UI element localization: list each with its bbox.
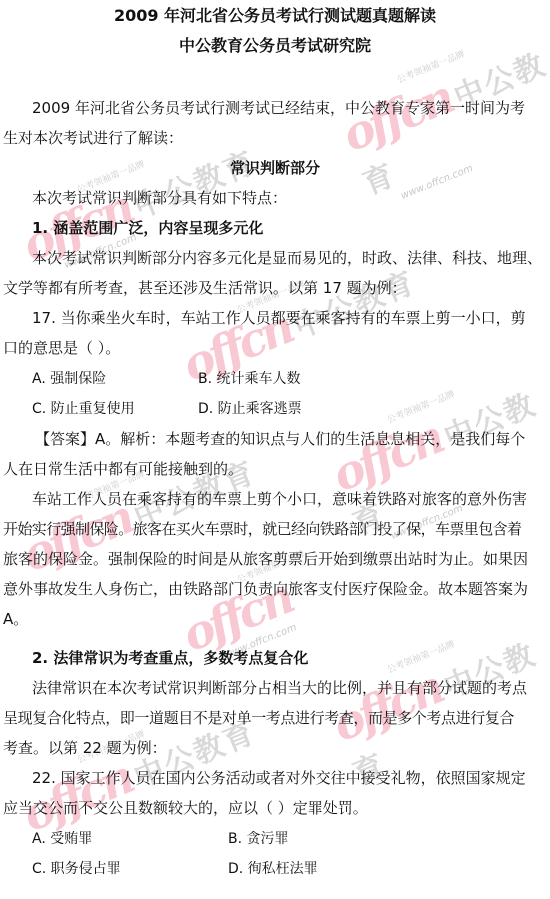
q17-answer-line: 人在日常生活中都有可能接触到的。 — [3, 459, 243, 479]
section-intro: 本次考试常识判断部分具有如下特点： — [32, 188, 287, 208]
point1-heading: 1. 涵盖范围广泛，内容呈现多元化 — [32, 218, 263, 238]
watermark-slogan: 公考领袖第一品牌 — [385, 354, 538, 426]
intro-line: 2009 年河北省公务员考试行测考试已经结束，中公教育专家第一时间为考 — [32, 98, 525, 118]
document-subtitle: 中公教育公务员考试研究院 — [0, 36, 550, 56]
question-22-line: 应当交公而不交公且数额较大的，应以（ ）定罪处罚。 — [3, 798, 368, 818]
document-page: 公考领袖第一品牌 offcn 中公教育 www.offcn.com 公考领袖第一… — [0, 0, 550, 899]
document-title: 2009 年河北省公务员考试行测试题真题解读 — [0, 6, 550, 26]
q22-option-c: C. 职务侵占罪 — [32, 859, 121, 879]
question-17-line: 口的意思是（ ）。 — [3, 338, 120, 358]
q22-option-b: B. 贪污罪 — [228, 829, 289, 849]
point2-paragraph-line: 考查。以第 22 题为例： — [3, 738, 167, 758]
question-22-line: 22. 国家工作人员在国内公务活动或者对外交往中接受礼物，依照国家规定 — [32, 768, 526, 788]
q22-option-a: A. 受贿罪 — [32, 829, 92, 849]
q17-option-a: A. 强制保险 — [32, 369, 106, 389]
q17-explanation-line: 车站工作人员在乘客持有的车票上剪个小口，意味着铁路对旅客的意外伤害 — [32, 489, 527, 509]
intro-line: 生对本次考试进行了解读： — [3, 128, 183, 148]
q17-explanation-line: 意外事故发生人身伤亡，由铁路部门负责向旅客支付医疗保险金。故本题答案为 — [3, 579, 528, 599]
q17-option-c: C. 防止重复使用 — [32, 399, 135, 419]
q17-explanation-line: 旅客的保险金。强制保险的时间是从旅客剪票后开始到缴票出站时为止。如果因 — [3, 549, 528, 569]
q17-explanation-line: 开始实行强制保险。旅客在买火车票时，就已经向铁路部门投了保，车票里包含着 — [3, 519, 521, 539]
q17-option-b: B. 统计乘车人数 — [198, 369, 301, 389]
watermark-logo: 公考领袖第一品牌 offcn 中公教育 — [320, 604, 550, 793]
point2-paragraph-line: 呈现复合化特点，即一道题目不是对单一考点进行考查，而是多个考点进行复合 — [3, 708, 514, 728]
watermark-brand: 中公教育 — [358, 47, 550, 202]
q17-explanation-line: A。 — [3, 609, 28, 629]
question-17-line: 17. 当你乘坐火车时，车站工作人员都要在乘客持有的车票上剪一小口，剪 — [32, 308, 526, 328]
watermark-swirl: offcn — [325, 660, 449, 752]
q17-answer-line: 【答案】A。解析：本题考查的知识点与人们的生活息息相关，是我们每个 — [35, 429, 525, 449]
point1-paragraph-line: 文学等都有所考查，甚至还涉及生活常识。以第 17 题为例： — [3, 278, 407, 298]
section-title: 常识判断部分 — [0, 158, 550, 178]
point2-paragraph-line: 法律常识在本次考试常识判断部分占相当大的比例，并且有部分试题的考点 — [32, 678, 527, 698]
q17-option-d: D. 防止乘客逃票 — [198, 399, 302, 419]
q22-option-d: D. 徇私枉法罪 — [228, 859, 318, 879]
point1-paragraph-line: 本次考试常识判断部分内容多元化是显而易见的，时政、法律、科技、地理、 — [32, 248, 542, 268]
point2-heading: 2. 法律常识为考查重点，多数考点复合化 — [32, 648, 308, 668]
watermark-slogan: 公考领袖第一品牌 — [385, 604, 538, 676]
